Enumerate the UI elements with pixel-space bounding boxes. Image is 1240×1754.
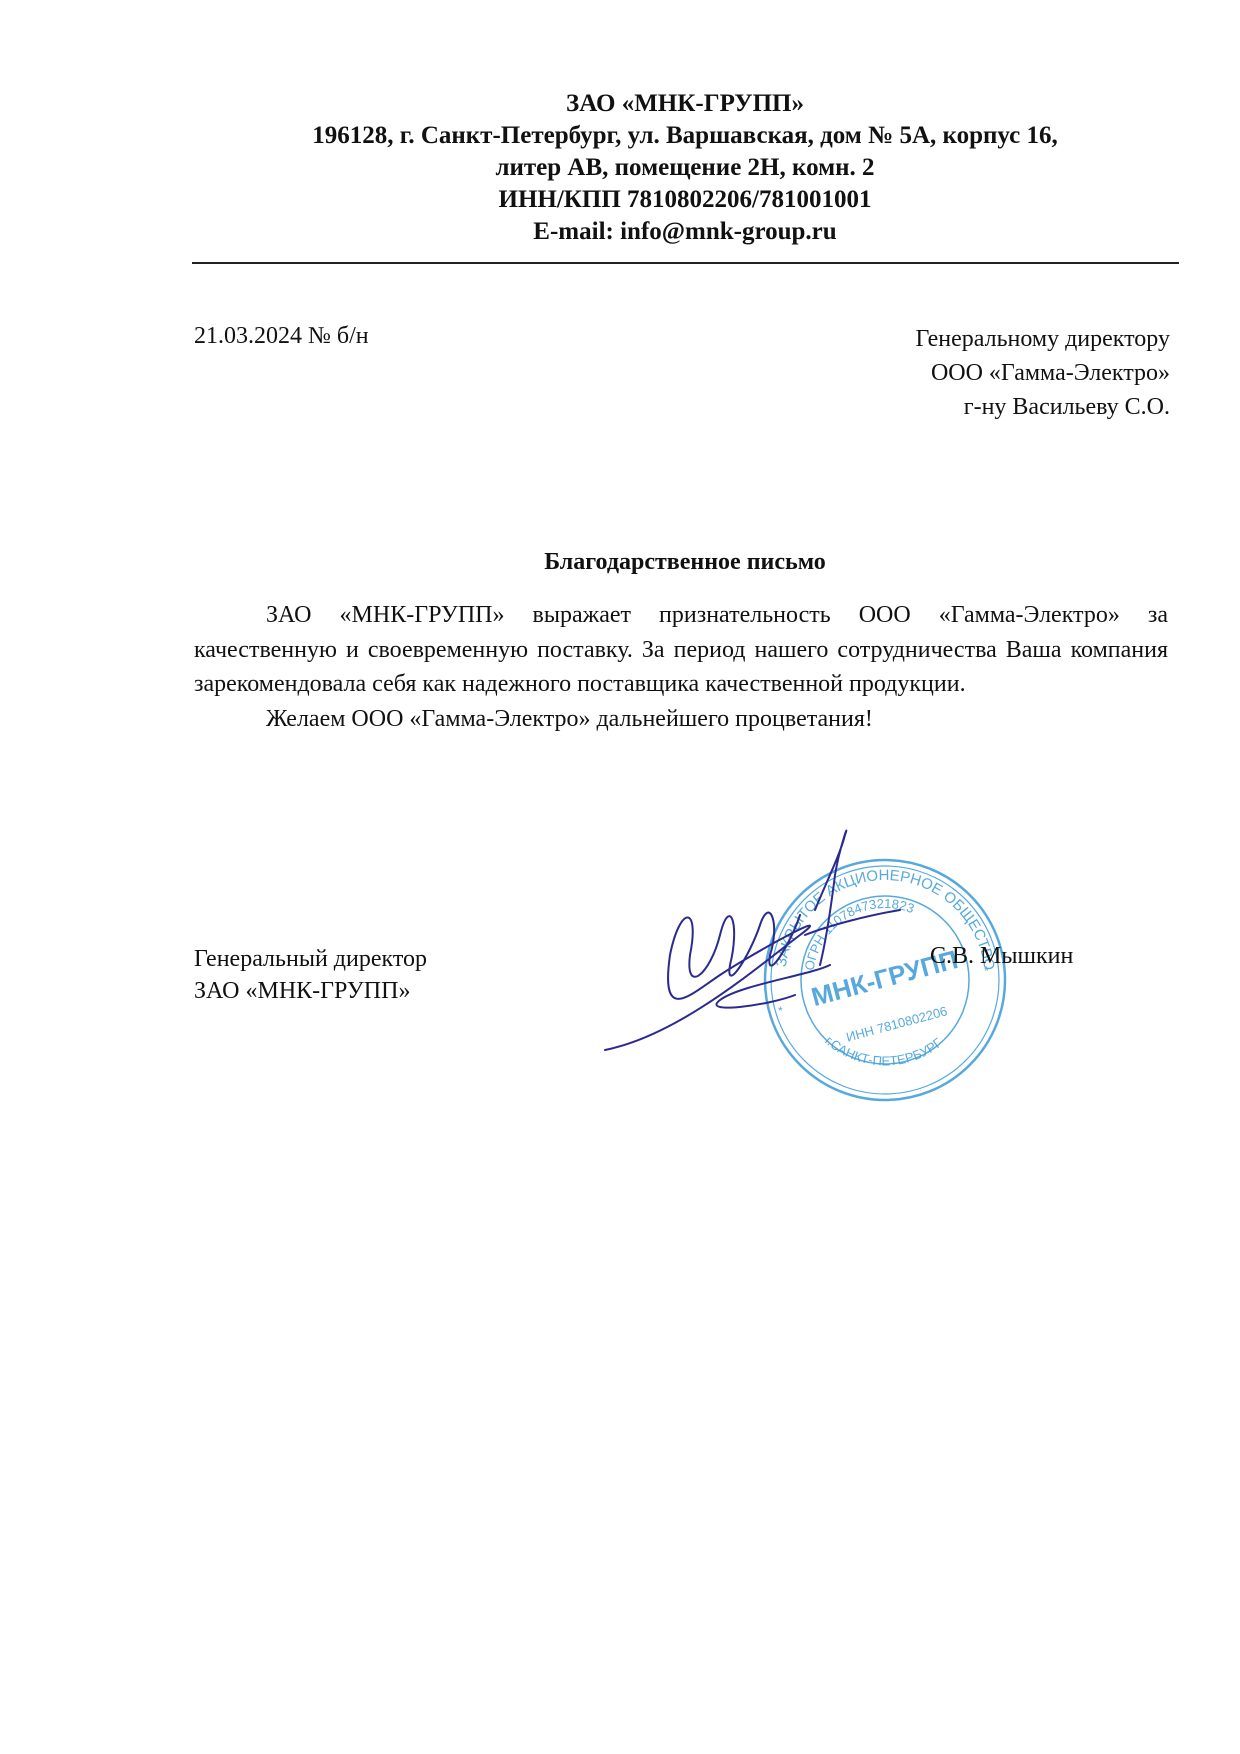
email: E-mail: info@mnk-group.ru: [190, 216, 1180, 248]
handwritten-signature-icon: [600, 815, 920, 1095]
addressee-line-2: ООО «Гамма-Электро»: [916, 356, 1170, 390]
addressee-line-3: г-ну Васильеву С.О.: [916, 390, 1170, 424]
letter-body: ЗАО «МНК-ГРУПП» выражает признательность…: [194, 598, 1168, 736]
paragraph-2: Желаем ООО «Гамма-Электро» дальнейшего п…: [194, 702, 1168, 737]
letterhead: ЗАО «МНК-ГРУПП» 196128, г. Санкт-Петербу…: [190, 88, 1180, 248]
signatory-name: С.В. Мышкин: [930, 943, 1073, 970]
signatory-block: Генеральный директор ЗАО «МНК-ГРУПП»: [194, 943, 427, 1007]
date-number: 21.03.2024 № б/н: [194, 323, 369, 350]
addressee-line-1: Генеральному директору: [916, 322, 1170, 356]
header-divider: [192, 262, 1179, 264]
signatory-company: ЗАО «МНК-ГРУПП»: [194, 975, 427, 1007]
address-line-2: литер АВ, помещение 2Н, комн. 2: [190, 152, 1180, 184]
paragraph-1: ЗАО «МНК-ГРУПП» выражает признательность…: [194, 598, 1168, 702]
company-name: ЗАО «МНК-ГРУПП»: [190, 88, 1180, 120]
addressee-block: Генеральному директору ООО «Гамма-Электр…: [916, 322, 1170, 424]
letter-title: Благодарственное письмо: [190, 549, 1180, 576]
signatory-position: Генеральный директор: [194, 943, 427, 975]
inn-kpp: ИНН/КПП 7810802206/781001001: [190, 184, 1180, 216]
address-line-1: 196128, г. Санкт-Петербург, ул. Варшавск…: [190, 120, 1180, 152]
